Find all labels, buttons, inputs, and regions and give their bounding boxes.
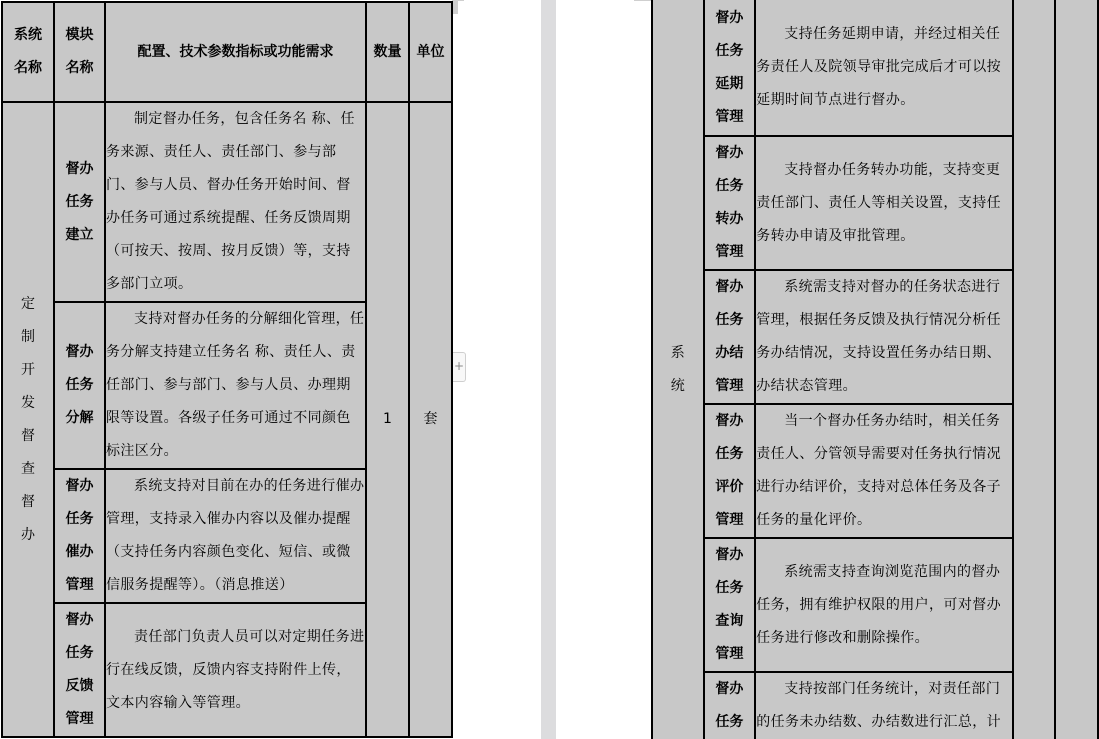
requirement-description: 当一个督办任务办结时，相关任务责任人、分管领导需要对任务执行情况进行办结评价，支…: [755, 404, 1013, 538]
module-name-cell: 督办任务转办管理: [704, 136, 756, 270]
table-row: 定 制 开 发 督 查 督 办 督办任务建立 制定督办任务，包含任务名 称、任务…: [2, 102, 452, 302]
requirement-description: 系统支持对目前在办的任务进行催办管理，支持录入催办内容以及催办提醒（支持任务内容…: [105, 469, 366, 603]
requirements-table-left: 系统名称 模块名称 配置、技术参数指标或功能需求 数量 单位 定 制 开 发 督…: [1, 1, 453, 738]
header-unit: 单位: [409, 2, 452, 102]
module-name-cell: 督办任务分解: [54, 302, 105, 469]
requirements-table-right: 系统 督办任务延期管理 支持任务延期申请，并经过相关任务责任人及院领导审批完成后…: [651, 0, 1099, 739]
page-separator: [541, 0, 556, 739]
module-name-cell: 督办任务催办管理: [54, 469, 105, 603]
requirement-description: 系统需支持查询浏览范围内的督办任务，拥有维护权限的用户，可对督办任务进行修改和删…: [755, 538, 1013, 672]
module-name-cell: 督办任务查询管理: [704, 538, 756, 672]
system-name-cell: 定 制 开 发 督 查 督 办: [2, 102, 54, 737]
quantity-cell: [1013, 0, 1056, 739]
quantity-cell: 1: [366, 102, 409, 737]
table-row: 系统 督办任务延期管理 支持任务延期申请，并经过相关任务责任人及院领导审批完成后…: [652, 0, 1098, 136]
header-quantity: 数量: [366, 2, 409, 102]
module-name-cell: 督办任务延期管理: [704, 0, 756, 136]
requirement-description: 系统需支持对督办的任务状态进行管理，根据任务反馈及执行情况分析任务办结情况，支持…: [755, 270, 1013, 404]
unit-cell: [1055, 0, 1098, 739]
requirement-description: 支持对督办任务的分解细化管理，任务分解支持建立任务名 称、责任人、责任部门、参与…: [105, 302, 366, 469]
module-name-cell: 督办任务: [704, 672, 756, 739]
unit-cell: 套: [409, 102, 452, 737]
header-module-name: 模块名称: [54, 2, 105, 102]
header-system-name: 系统名称: [2, 2, 54, 102]
table-expand-handle[interactable]: +: [453, 352, 466, 382]
module-name-cell: 督办任务办结管理: [704, 270, 756, 404]
header-requirement: 配置、技术参数指标或功能需求: [105, 2, 366, 102]
requirement-description: 责任部门负责人员可以对定期任务进行在线反馈，反馈内容支持附件上传，文本内容输入等…: [105, 603, 366, 737]
page-corner-line: [452, 0, 464, 1]
document-page-left: 系统名称 模块名称 配置、技术参数指标或功能需求 数量 单位 定 制 开 发 督…: [0, 0, 541, 739]
module-name-cell: 督办任务建立: [54, 102, 105, 302]
requirement-description: 支持按部门任务统计，对责任部门的任务未办结数、办结数进行汇总，计: [755, 672, 1013, 739]
page-corner-line: [634, 0, 651, 1]
requirement-description: 支持任务延期申请，并经过相关任务责任人及院领导审批完成后才可以按延期时间节点进行…: [755, 0, 1013, 136]
table-header-row: 系统名称 模块名称 配置、技术参数指标或功能需求 数量 单位: [2, 2, 452, 102]
requirement-description: 支持督办任务转办功能，支持变更责任部门、责任人等相关设置，支持任务转办申请及审批…: [755, 136, 1013, 270]
requirement-description: 制定督办任务，包含任务名 称、任务来源、责任人、责任部门、参与部门、参与人员、督…: [105, 102, 366, 302]
module-name-cell: 督办任务反馈管理: [54, 603, 105, 737]
system-name-cell: 系统: [652, 0, 704, 739]
module-name-cell: 督办任务评价管理: [704, 404, 756, 538]
plus-icon: +: [454, 359, 464, 373]
